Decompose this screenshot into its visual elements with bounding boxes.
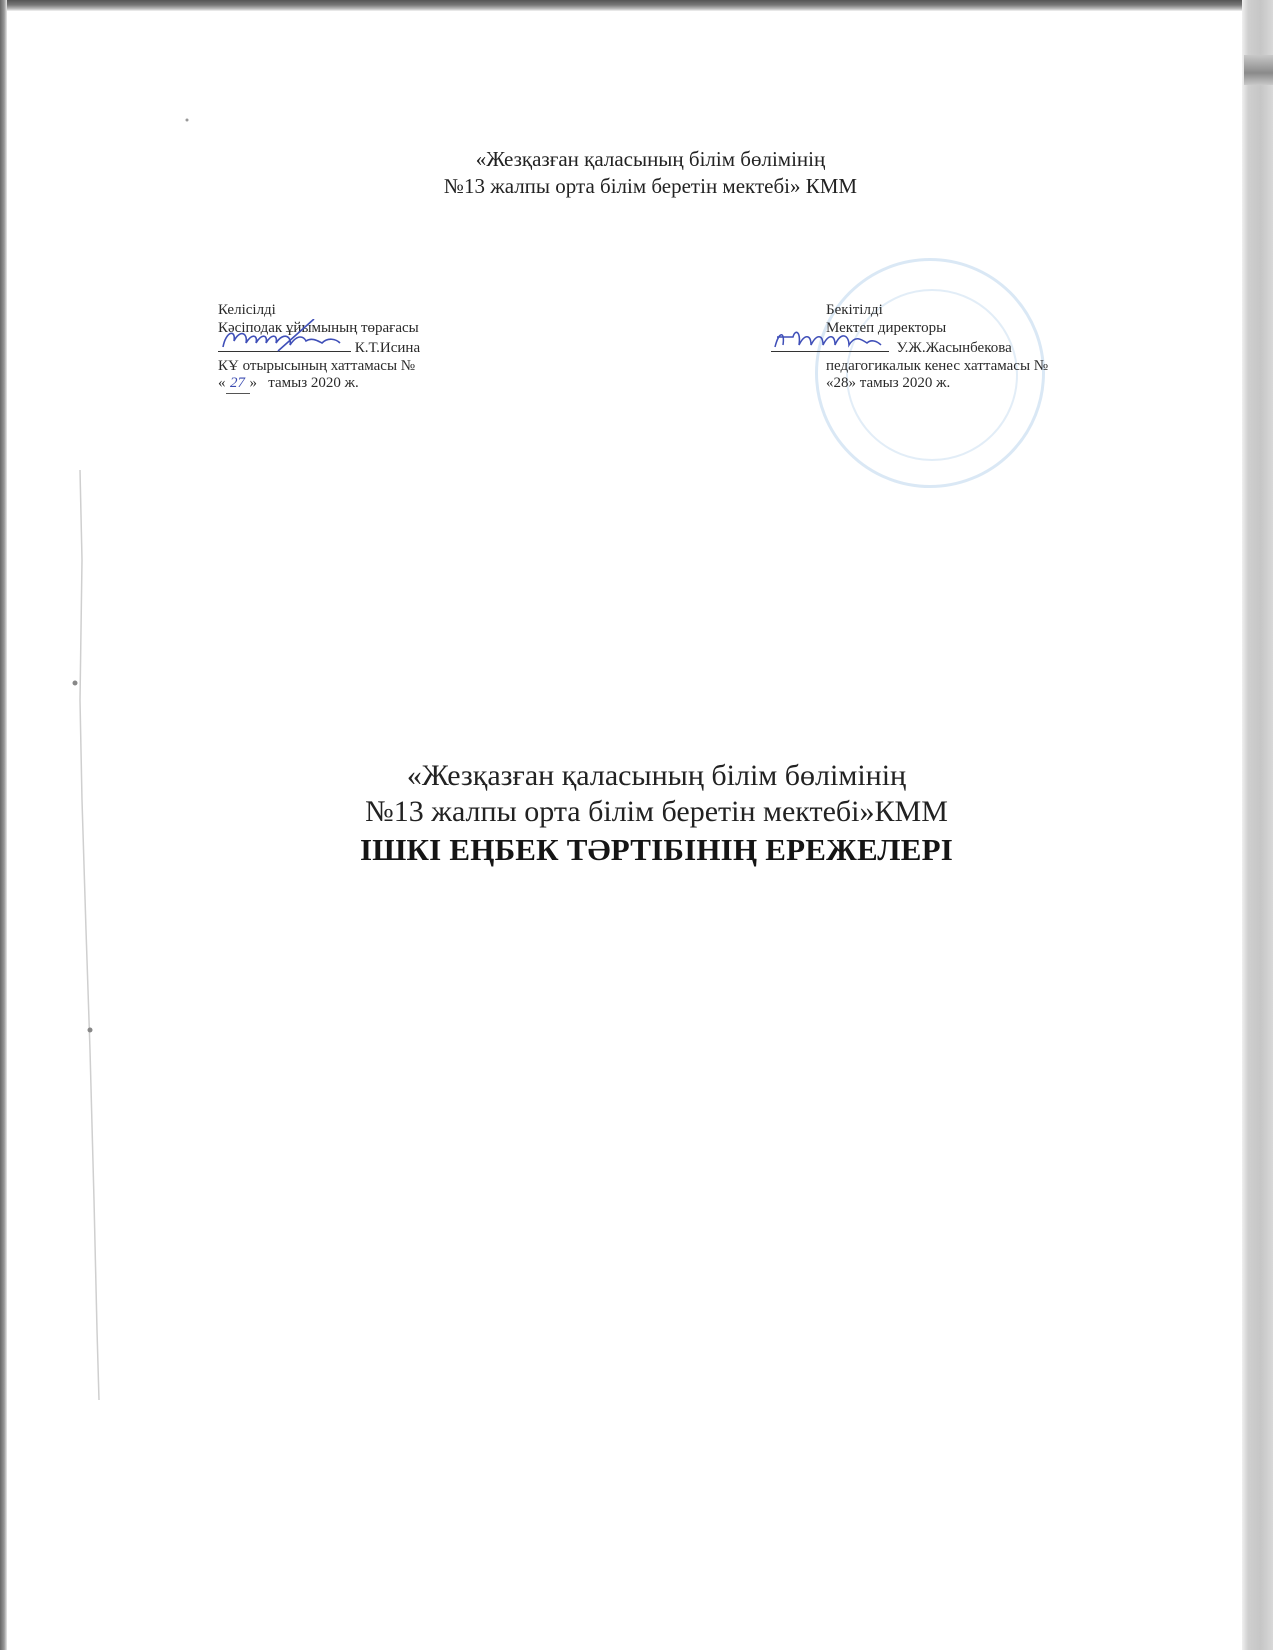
- approval-status: Келісілді: [218, 302, 420, 320]
- approval-block-approved: Бекітілді Мектеп директоры У.Ж.Жасынбеко…: [826, 302, 1048, 393]
- header-line-1: «Жезқазған қаласының білім бөлімінің: [28, 146, 1273, 173]
- approval-signatory: К.Т.Исина: [355, 340, 420, 356]
- document-header: «Жезқазған қаласының білім бөлімінің №13…: [0, 146, 1273, 200]
- approval-signature-row: К.Т.Исина: [218, 337, 420, 358]
- signature-line: [771, 337, 889, 352]
- approval-date: «28» тамыз 2020 ж.: [826, 375, 1048, 393]
- approval-block-agreed: Келісілді Кәсіподак ұйымының төрағасы К.…: [218, 302, 420, 394]
- approval-signature-row: У.Ж.Жасынбекова: [826, 337, 1048, 358]
- approval-date-day: 27: [226, 375, 250, 394]
- approval-status: Бекітілді: [826, 302, 1048, 320]
- title-line-2: №13 жалпы орта білім беретін мектебі»КММ: [40, 794, 1273, 830]
- approval-position: Кәсіподак ұйымының төрағасы: [218, 320, 420, 338]
- document-title-block: «Жезқазған қаласының білім бөлімінің №13…: [0, 758, 1273, 870]
- header-line-2: №13 жалпы орта білім беретін мектебі» КМ…: [28, 173, 1273, 200]
- signature-line: [218, 337, 351, 352]
- approval-protocol: КҰ отырысының хаттамасы №: [218, 358, 420, 376]
- approval-signatory: У.Ж.Жасынбекова: [897, 340, 1012, 356]
- approval-position: Мектеп директоры: [826, 320, 1048, 338]
- document-title: ІШКІ ЕҢБЕК ТӘРТІБІНІҢ ЕРЕЖЕЛЕРІ: [40, 830, 1273, 870]
- title-line-1: «Жезқазған қаласының білім бөлімінің: [40, 758, 1273, 794]
- approval-protocol: педагогикалык кенес хаттамасы №: [826, 358, 1048, 376]
- approval-date: «27» тамыз 2020 ж.: [218, 375, 420, 394]
- approval-date-rest: тамыз 2020 ж.: [268, 375, 359, 391]
